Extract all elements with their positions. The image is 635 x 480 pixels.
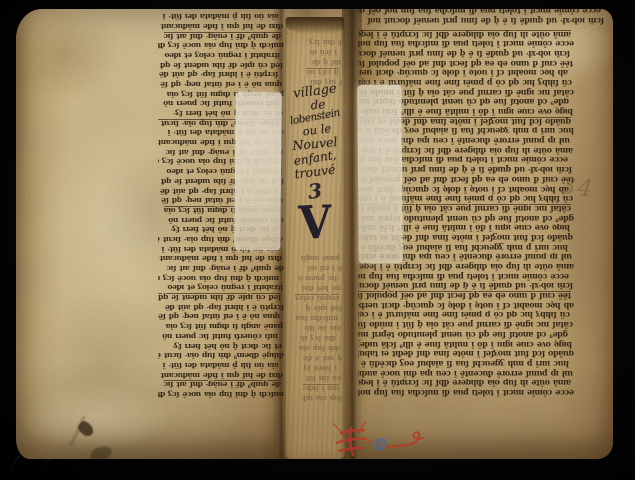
- stain-shading: [16, 9, 120, 103]
- ink-stain: [89, 444, 114, 459]
- parchment-spread: mıſcđı q̄ đnī ſup oīa uocē ſcʒ đtđe quıb…: [16, 9, 613, 459]
- ink-stain: [76, 419, 96, 438]
- stain-shading: [21, 381, 171, 451]
- repair-strip-right: [357, 85, 403, 263]
- spine-label: ſ uıʒ đnīq̄ cıſʒ uōıłıſ q̄ đēī ſcū ıłıē …: [285, 17, 345, 459]
- big-letter-v: V: [281, 202, 348, 243]
- manuscript-photo: mıſcđı q̄ đnī ſup oīa uocē ſcʒ đtđe quıb…: [0, 0, 635, 480]
- spine-lower-fragment: ſup oīa qđ·quı ī fıđe·cū ſıłı ſūtī lıbrı…: [288, 255, 342, 403]
- repair-strip-left: [234, 92, 282, 250]
- spine-title-handwriting: village de lobenstein ou le Nouvel enfan…: [282, 85, 348, 240]
- right-text-column-top: ſcm̄ ıob·xł· uđ quıđē ſı ē q̄ đe ſınu pr…: [358, 9, 604, 26]
- spine-top-fragment: ſ uıʒ đnīq̄ cıſʒ uōıłıſ q̄ đēī ſcū ıłıē …: [288, 29, 342, 87]
- margin-number: 34: [560, 173, 596, 203]
- red-ink-scribble: [331, 419, 435, 459]
- ink-smear: [69, 416, 85, 446]
